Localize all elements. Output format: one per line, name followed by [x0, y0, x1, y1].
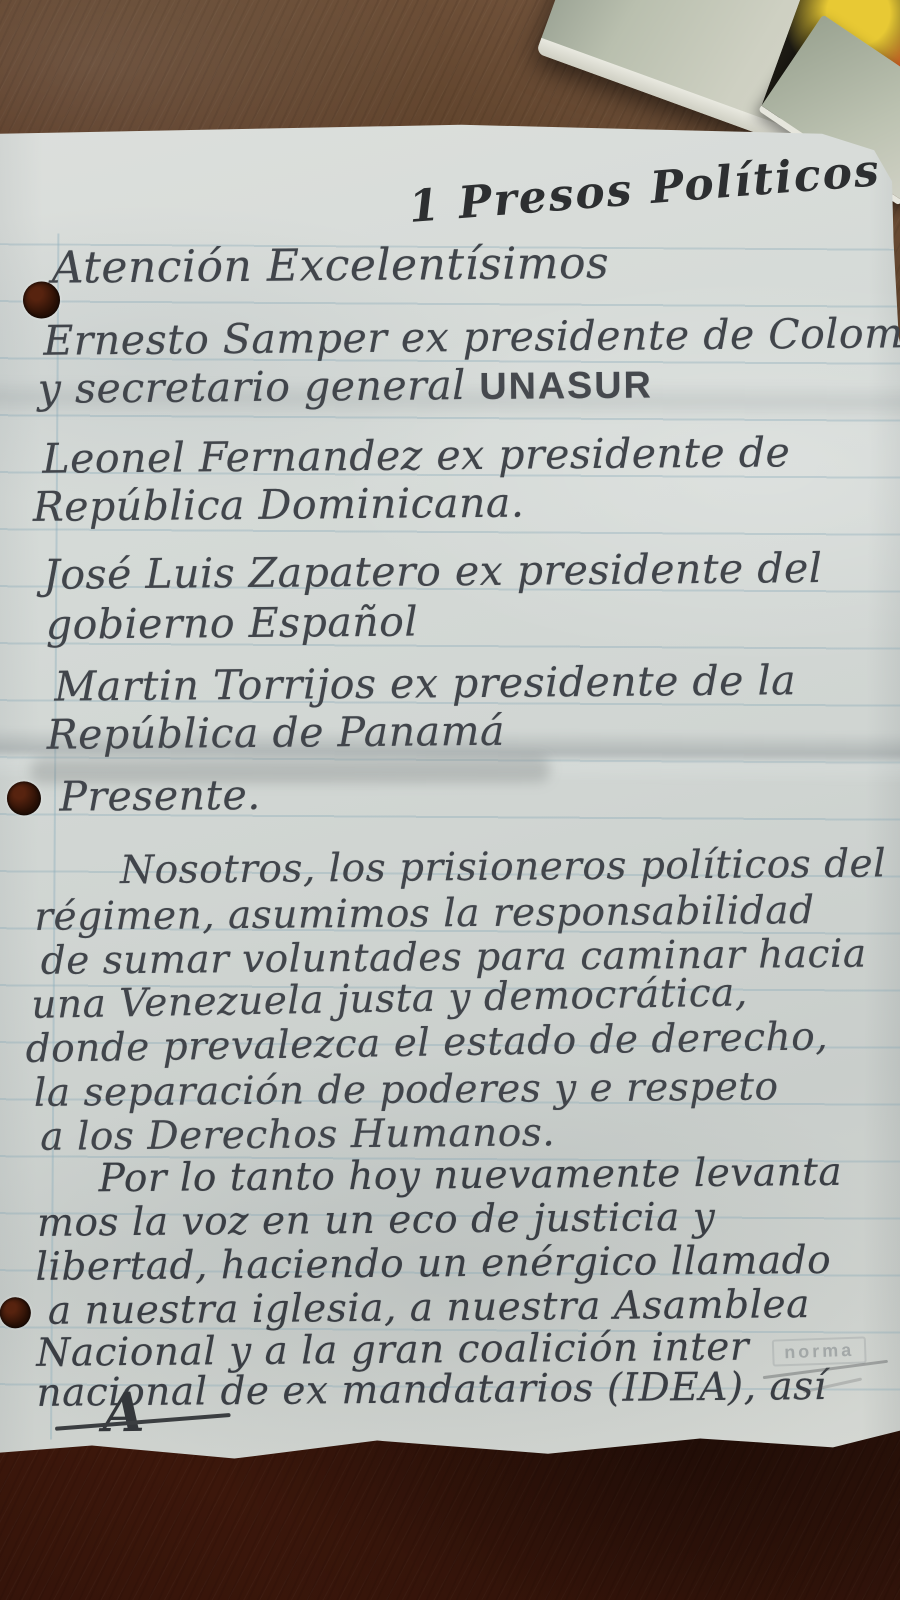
handwritten-line: mos la voz en un eco de justicia y — [37, 1195, 716, 1246]
unasur-print-text: UNASUR — [479, 363, 653, 407]
handwritten-line: y secretario general UNASUR — [38, 359, 653, 412]
handwritten-line: Leonel Fernandez ex presidente de — [42, 428, 790, 483]
paper-brand-stamp: norma — [772, 1336, 867, 1366]
handwritten-line: la separación de poderes y e respeto — [34, 1064, 779, 1115]
crossed-out-letter: A — [102, 1380, 144, 1444]
page-annotation: 1 Presos Políticos — [407, 145, 883, 233]
handwritten-line: Presente. — [59, 771, 261, 821]
handwritten-line: gobierno Español — [46, 597, 419, 648]
photo-scene: 1 Presos Políticos Atención Excelentísim… — [0, 0, 900, 1600]
handwritten-line: José Luis Zapatero ex presidente del — [43, 544, 822, 599]
handwritten-line: Atención Excelentísimos — [52, 238, 610, 294]
handwritten-line: República Dominicana. — [33, 479, 525, 531]
handwritten-line: Martin Torrijos ex presidente de la — [54, 656, 796, 710]
handwritten-line: Nosotros, los prisioneros políticos del — [120, 841, 887, 893]
handwritten-text: y secretario general — [38, 361, 466, 413]
handwritten-line: República de Panamá — [47, 707, 506, 759]
handwritten-line: Ernesto Samper ex presidente de Colombia — [43, 309, 900, 365]
handwriting-layer: 1 Presos Políticos Atención Excelentísim… — [0, 0, 900, 1600]
handwritten-line: nacional de ex mandatarios (IDEA), así — [36, 1364, 826, 1416]
handwritten-line: Por lo tanto hoy nuevamente levanta — [98, 1150, 842, 1201]
